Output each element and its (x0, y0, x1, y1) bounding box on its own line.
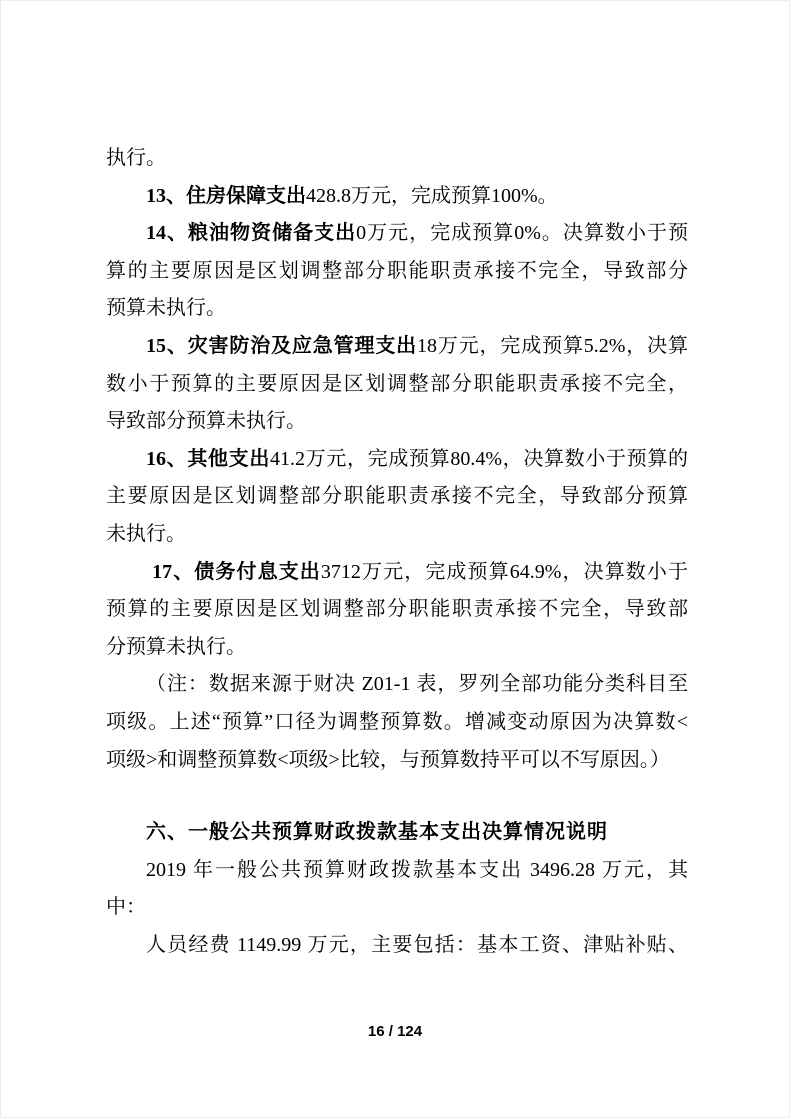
page-number: 16 / 124 (1, 1023, 789, 1040)
text-line: 执行。 (106, 140, 688, 178)
text-segment: 分预算未执行。 (106, 636, 246, 658)
text-segment: 六、一般公共预算财政拨款基本支出决算情况说明 (146, 821, 608, 843)
text-line: 预算未执行。 (106, 290, 688, 328)
text-line: 16、其他支出41.2万元，完成预算80.4%，决算数小于预算的 (106, 441, 688, 479)
text-line: 分预算未执行。 (106, 629, 688, 667)
text-segment: 18万元，完成预算5.2%，决算 (417, 335, 688, 357)
text-segment: 428.8万元，完成预算100%。 (306, 185, 558, 207)
text-segment: 2019 年一般公共预算财政拨款基本支出 3496.28 万元，其 (146, 859, 688, 881)
document-page: 执行。13、住房保障支出428.8万元，完成预算100%。14、粮油物资储备支出… (0, 0, 790, 1118)
text-line: 主要原因是区划调整部分职能职责承接不完全，导致部分预算 (106, 478, 688, 516)
text-line: 中： (106, 889, 688, 927)
text-line: 项级。上述“预算”口径为调整预算数。增减变动原因为决算数< (106, 704, 688, 742)
text-segment: （注：数据来源于财决 Z01-1 表，罗列全部功能分类科目至 (146, 673, 688, 695)
text-line: 导致部分预算未执行。 (106, 403, 688, 441)
text-line: 人员经费 1149.99 万元，主要包括：基本工资、津贴补贴、 (106, 927, 688, 965)
text-line: 14、粮油物资储备支出0万元，完成预算0%。决算数小于预 (106, 215, 688, 253)
text-segment: 导致部分预算未执行。 (106, 410, 306, 432)
text-line: 未执行。 (106, 516, 688, 554)
bold-text-segment: 15、灾害防治及应急管理支出 (146, 335, 417, 357)
text-segment: 3712万元，完成预算64.9%，决算数小于 (321, 561, 688, 583)
section-heading: 六、一般公共预算财政拨款基本支出决算情况说明 (106, 814, 688, 852)
text-line: 算的主要原因是区划调整部分职能职责承接不完全，导致部分 (106, 253, 688, 291)
text-line: 预算的主要原因是区划调整部分职能职责承接不完全，导致部 (106, 591, 688, 629)
text-segment: 预算未执行。 (106, 297, 226, 319)
text-segment: 项级。上述“预算”口径为调整预算数。增减变动原因为决算数< (106, 711, 688, 733)
text-segment: 项级>和调整预算数<项级>比较，与预算数持平可以不写原因。） (106, 749, 670, 771)
text-segment: 人员经费 1149.99 万元，主要包括：基本工资、津贴补贴、 (146, 934, 688, 956)
text-segment: 算的主要原因是区划调整部分职能职责承接不完全，导致部分 (106, 260, 688, 282)
document-body: 执行。13、住房保障支出428.8万元，完成预算100%。14、粮油物资储备支出… (106, 140, 688, 964)
text-segment: 执行。 (106, 147, 166, 169)
bold-text-segment: 14、粮油物资储备支出 (146, 222, 356, 244)
bold-text-segment: 17、债务付息支出 (146, 561, 321, 583)
text-segment: 数小于预算的主要原因是区划调整部分职能职责承接不完全， (106, 373, 688, 395)
text-line: 17、债务付息支出3712万元，完成预算64.9%，决算数小于 (106, 554, 688, 592)
text-line: （注：数据来源于财决 Z01-1 表，罗列全部功能分类科目至 (106, 666, 688, 704)
text-segment: 未执行。 (106, 523, 186, 545)
text-segment: 主要原因是区划调整部分职能职责承接不完全，导致部分预算 (106, 485, 688, 507)
text-segment: 0万元，完成预算0%。决算数小于预 (356, 222, 688, 244)
text-line: 15、灾害防治及应急管理支出18万元，完成预算5.2%，决算 (106, 328, 688, 366)
text-segment: 41.2万元，完成预算80.4%，决算数小于预算的 (270, 448, 688, 470)
text-line: 项级>和调整预算数<项级>比较，与预算数持平可以不写原因。） (106, 742, 688, 780)
text-segment: 预算的主要原因是区划调整部分职能职责承接不完全，导致部 (106, 598, 688, 620)
text-segment: 中： (106, 896, 146, 918)
bold-text-segment: 13、住房保障支出 (146, 185, 306, 207)
text-line: 13、住房保障支出428.8万元，完成预算100%。 (106, 178, 688, 216)
text-line: 2019 年一般公共预算财政拨款基本支出 3496.28 万元，其 (106, 852, 688, 890)
bold-text-segment: 16、其他支出 (146, 448, 270, 470)
text-line: 数小于预算的主要原因是区划调整部分职能职责承接不完全， (106, 366, 688, 404)
